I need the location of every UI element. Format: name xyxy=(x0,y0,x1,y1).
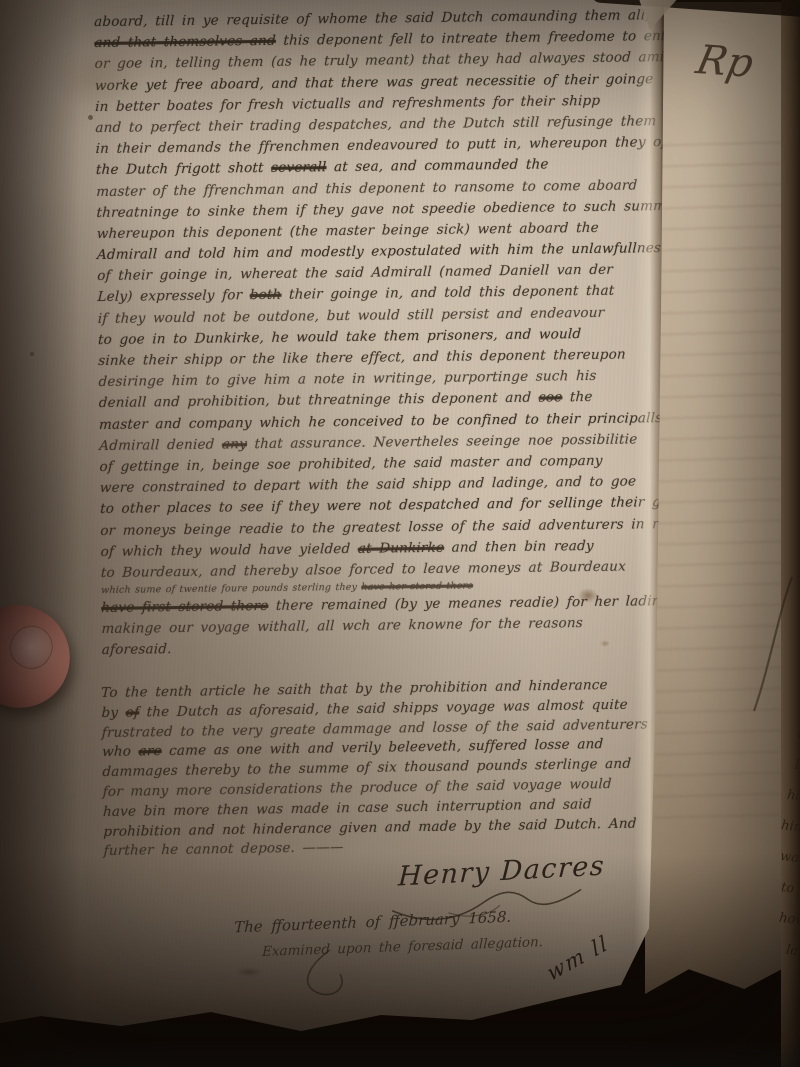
adjacent-page: Rp xyxy=(645,2,791,994)
manuscript-page: aboard, till in ye requisite of whome th… xyxy=(0,0,664,1040)
fingernail xyxy=(2,618,61,677)
table-surface xyxy=(0,1041,800,1067)
attestation-flourish xyxy=(290,948,360,1006)
manuscript-photo: Rp dlshishimwasto yhowlan aboard, till i… xyxy=(0,0,800,1067)
page-edges-strip xyxy=(781,0,800,1067)
deposition-paragraph-1: aboard, till in ye requisite of whome th… xyxy=(94,5,662,661)
show-through-text xyxy=(653,131,786,824)
pen-stroke-fragment xyxy=(748,575,798,715)
deposition-paragraph-2: To the tenth article he saith that by th… xyxy=(101,675,656,862)
folio-mark: Rp xyxy=(693,40,757,83)
